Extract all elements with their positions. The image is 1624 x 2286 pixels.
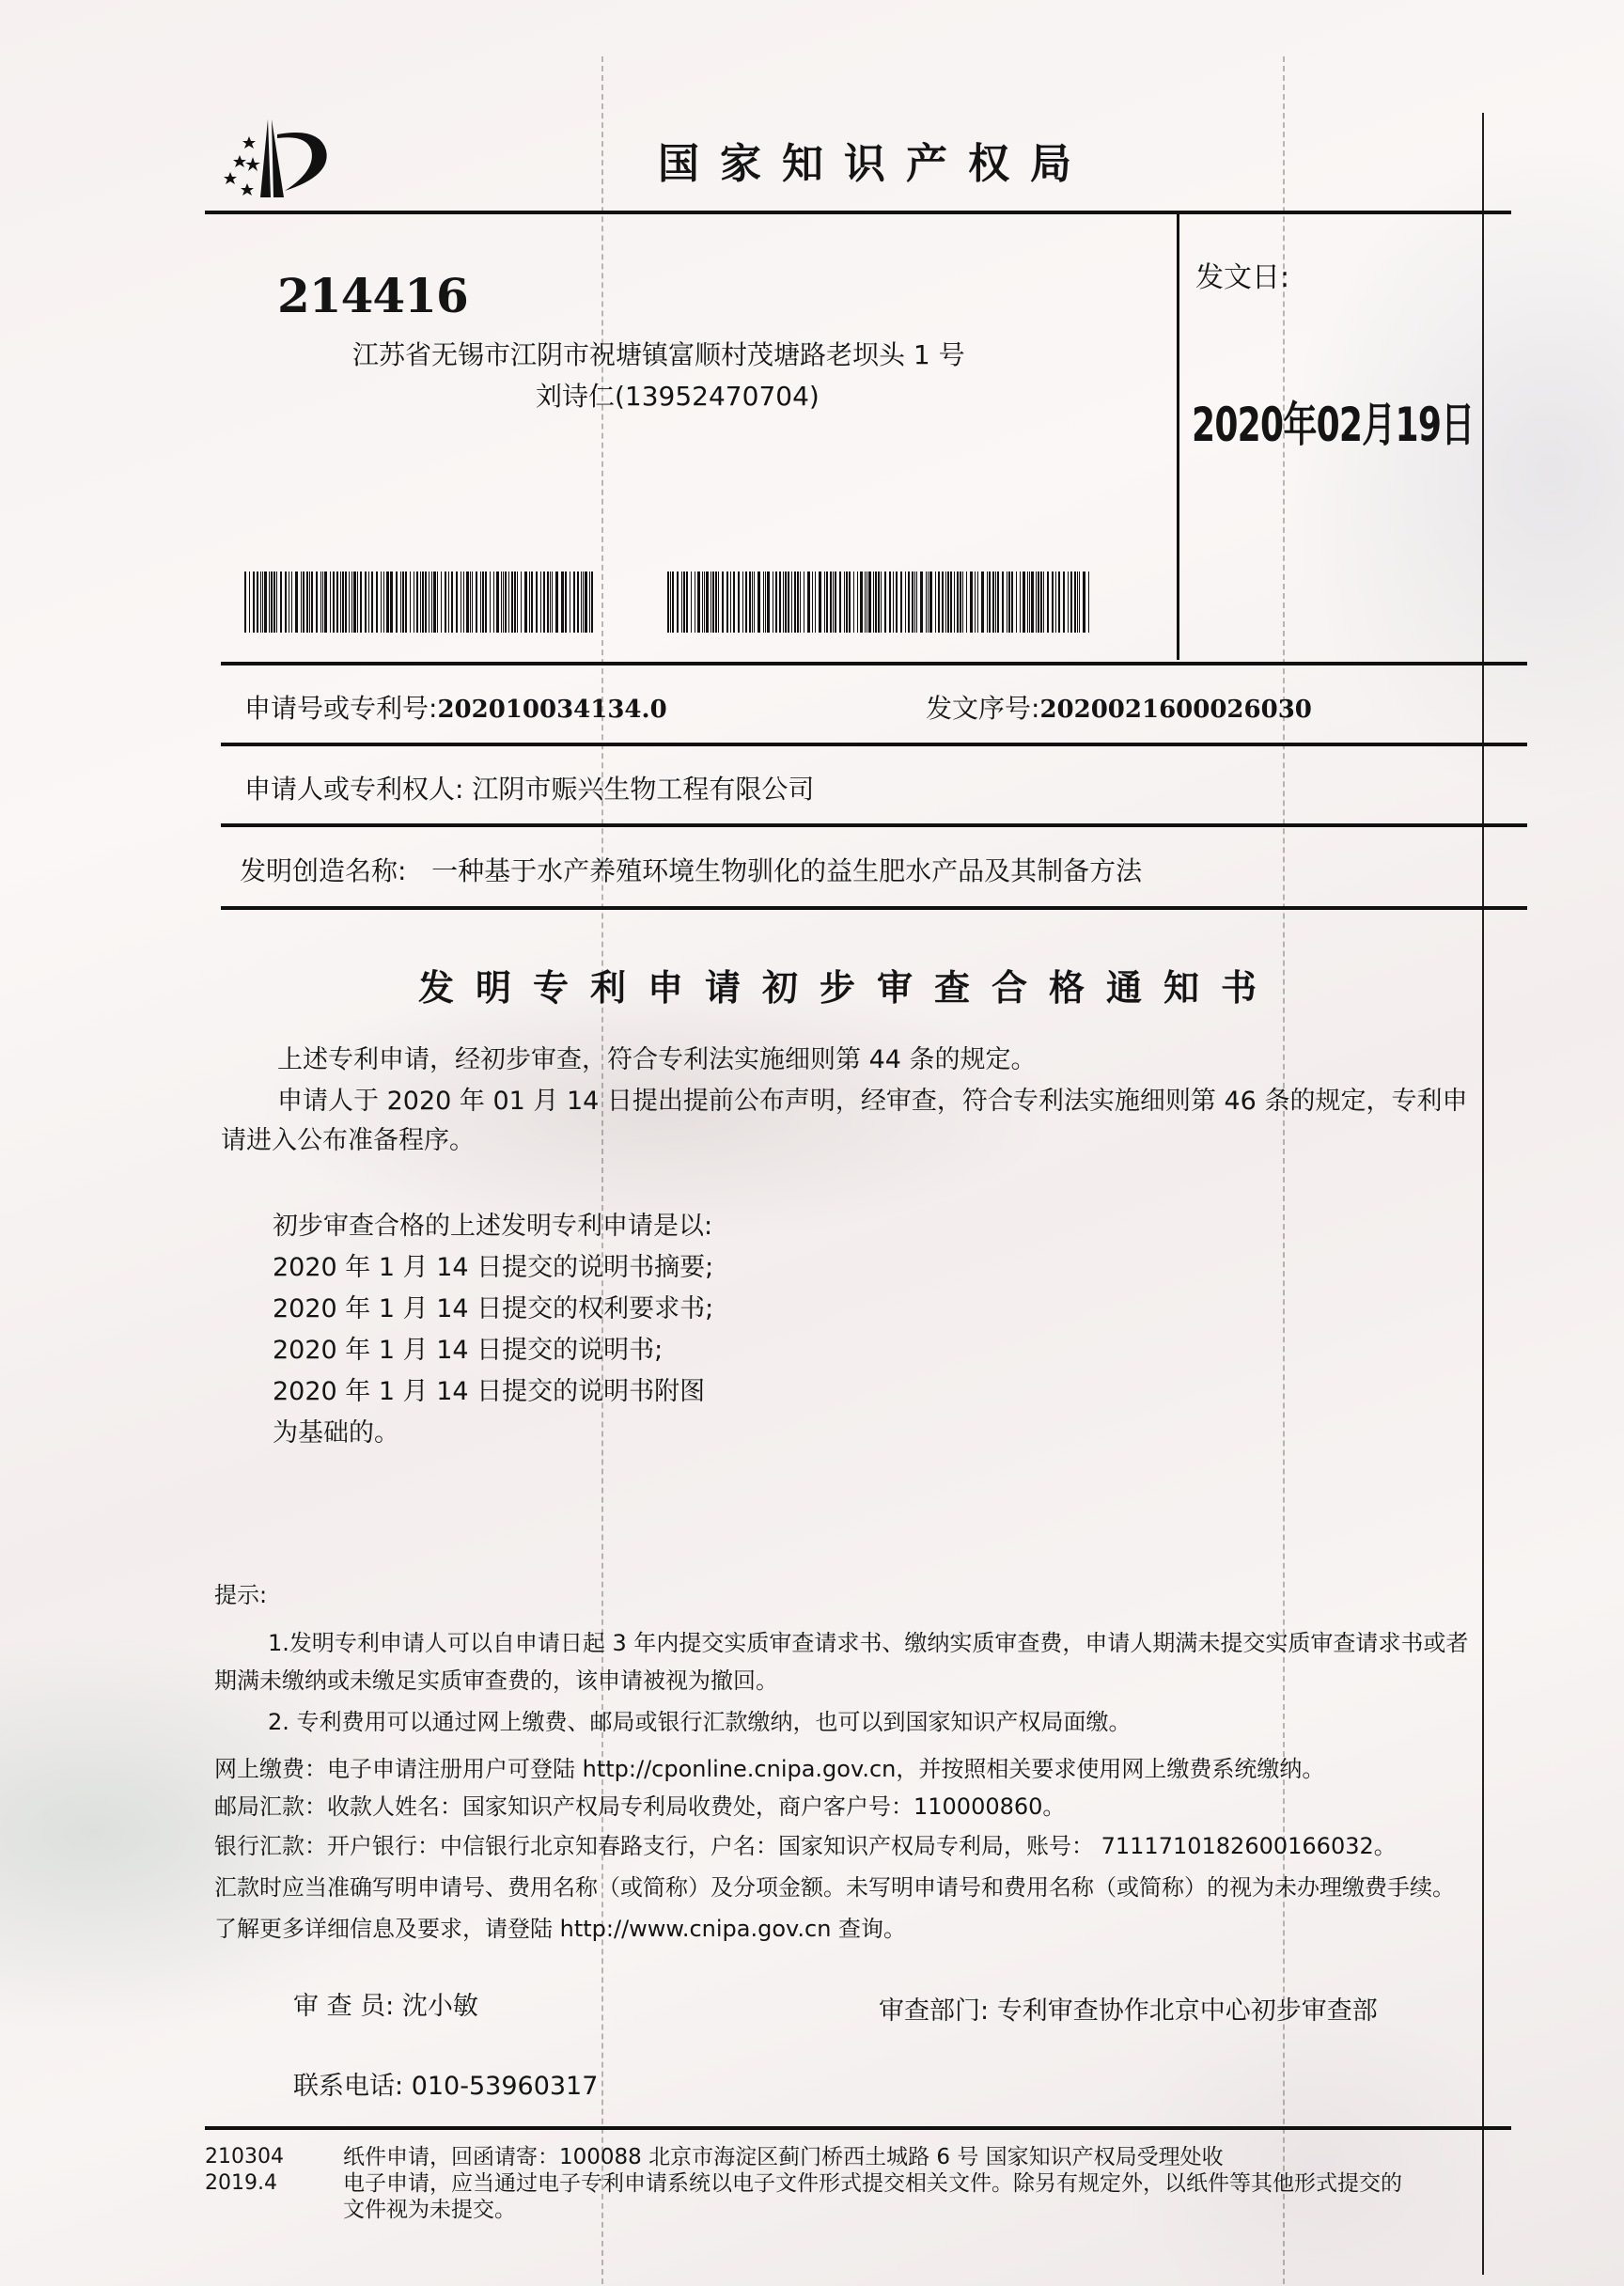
- remittance-note: 汇款时应当准确写明申请号、费用名称（或简称）及分项金额。未写明申请号和费用名称（…: [214, 1867, 1455, 1908]
- dispatch-serial: 2020021600026030: [1039, 696, 1311, 724]
- basis-item: 2020 年 1 月 14 日提交的权利要求书;: [273, 1289, 713, 1330]
- invention-title-label: 发明创造名称:: [240, 855, 406, 886]
- examiner: 审 查 员: 沈小敏: [293, 1985, 478, 2022]
- more-info: 了解更多详细信息及要求，请登陆 http://www.cnipa.gov.cn …: [214, 1908, 906, 1949]
- notice-title: 发明专利申请初步审查合格通知书: [418, 959, 1278, 1010]
- phone-number: 010-53960317: [412, 2072, 599, 2101]
- phone-label: 联系电话:: [293, 2072, 403, 2101]
- barcode: [667, 571, 1090, 633]
- note-1-line-1: 1.发明专利申请人可以自申请日起 3 年内提交实质审查请求书、缴纳实质审查费，申…: [268, 1622, 1468, 1664]
- electronic-filing-notice-1: 电子申请，应当通过电子专利申请系统以电子文件形式提交相关文件。除另有规定外，以纸…: [343, 2169, 1402, 2198]
- form-version: 2019.4: [205, 2169, 277, 2198]
- dispatch-serial-label: 发文序号:: [926, 693, 1039, 724]
- application-number-field: 申请号或专利号:202010034134.0: [244, 688, 667, 726]
- contact-phone: 联系电话: 010-53960317: [293, 2065, 598, 2102]
- notes-heading: 提示:: [214, 1574, 267, 1616]
- paragraph-1: 上述专利申请，经初步审查，符合专利法实施细则第 44 条的规定。: [277, 1040, 1037, 1081]
- page-edge-line: [1482, 113, 1484, 2275]
- issue-date-label: 发文日:: [1195, 254, 1289, 295]
- field-rule: [221, 823, 1527, 827]
- agency-name: 国家知识产权局: [658, 130, 1092, 190]
- header-rule: [205, 211, 1511, 214]
- invention-title-field: 发明创造名称: 一种基于水产养殖环境生物驯化的益生肥水产品及其制备方法: [240, 851, 1142, 888]
- field-rule: [221, 743, 1527, 746]
- applicant-label: 申请人或专利权人:: [244, 774, 463, 805]
- recipient-address: 江苏省无锡市江阴市祝塘镇富顺村茂塘路老坝头 1 号: [352, 335, 965, 372]
- examiner-name: 沈小敏: [402, 1992, 478, 2021]
- note-1-line-2: 期满未缴纳或未缴足实质审查费的，该申请被视为撤回。: [214, 1660, 778, 1701]
- paper-filing-notice: 纸件申请，回函请寄：100088 北京市海淀区蓟门桥西土城路 6 号 国家知识产…: [343, 2143, 1224, 2171]
- basis-outro: 为基础的。: [273, 1413, 713, 1454]
- department-name: 专利审查协作北京中心初步审查部: [997, 1996, 1378, 2026]
- postal-remittance: 邮局汇款：收款人姓名：国家知识产权局专利局收费处，商户客户号：110000860…: [214, 1786, 1065, 1827]
- field-rule: [221, 662, 1527, 665]
- basis-item: 2020 年 1 月 14 日提交的说明书附图: [273, 1371, 713, 1413]
- department-label: 审查部门:: [879, 1996, 989, 2026]
- recipient-contact: 刘诗仁(13952470704): [536, 376, 820, 414]
- paragraph-2-line-2: 请进入公布准备程序。: [221, 1120, 475, 1162]
- basis-item: 2020 年 1 月 14 日提交的说明书摘要;: [273, 1247, 713, 1289]
- note-2: 2. 专利费用可以通过网上缴费、邮局或银行汇款缴纳，也可以到国家知识产权局面缴。: [268, 1701, 1132, 1743]
- application-number: 202010034134.0: [437, 696, 666, 724]
- applicant: 江阴市赈兴生物工程有限公司: [472, 774, 814, 805]
- dispatch-serial-field: 发文序号:2020021600026030: [926, 688, 1312, 726]
- cnipa-logo-icon: [211, 108, 334, 202]
- field-rule: [221, 906, 1527, 910]
- electronic-filing-notice-2: 文件视为未提交。: [343, 2196, 516, 2224]
- online-payment: 网上缴费：电子申请注册用户可登陆 http://cponline.cnipa.g…: [214, 1748, 1324, 1790]
- postcode: 214416: [277, 268, 468, 323]
- footer-rule: [205, 2126, 1511, 2130]
- basis-list: 初步审查合格的上述发明专利申请是以: 2020 年 1 月 14 日提交的说明书…: [273, 1206, 713, 1454]
- issue-date: 2020年02月19日: [1192, 387, 1474, 455]
- department: 审查部门: 专利审查协作北京中心初步审查部: [879, 1990, 1378, 2027]
- paragraph-2-line-1: 申请人于 2020 年 01 月 14 日提出提前公布声明，经审查，符合专利法实…: [277, 1081, 1467, 1122]
- applicant-field: 申请人或专利权人: 江阴市赈兴生物工程有限公司: [244, 769, 814, 806]
- basis-intro: 初步审查合格的上述发明专利申请是以:: [273, 1206, 713, 1247]
- date-box-divider: [1177, 211, 1179, 660]
- examiner-label: 审 查 员:: [293, 1992, 394, 2021]
- form-code: 210304: [205, 2143, 284, 2171]
- invention-title: 一种基于水产养殖环境生物驯化的益生肥水产品及其制备方法: [431, 855, 1142, 886]
- application-number-label: 申请号或专利号:: [244, 693, 437, 724]
- barcode: [244, 571, 594, 633]
- basis-item: 2020 年 1 月 14 日提交的说明书;: [273, 1330, 713, 1371]
- bank-remittance: 银行汇款：开户银行：中信银行北京知春路支行，户名：国家知识产权局专利局，账号： …: [214, 1825, 1397, 1867]
